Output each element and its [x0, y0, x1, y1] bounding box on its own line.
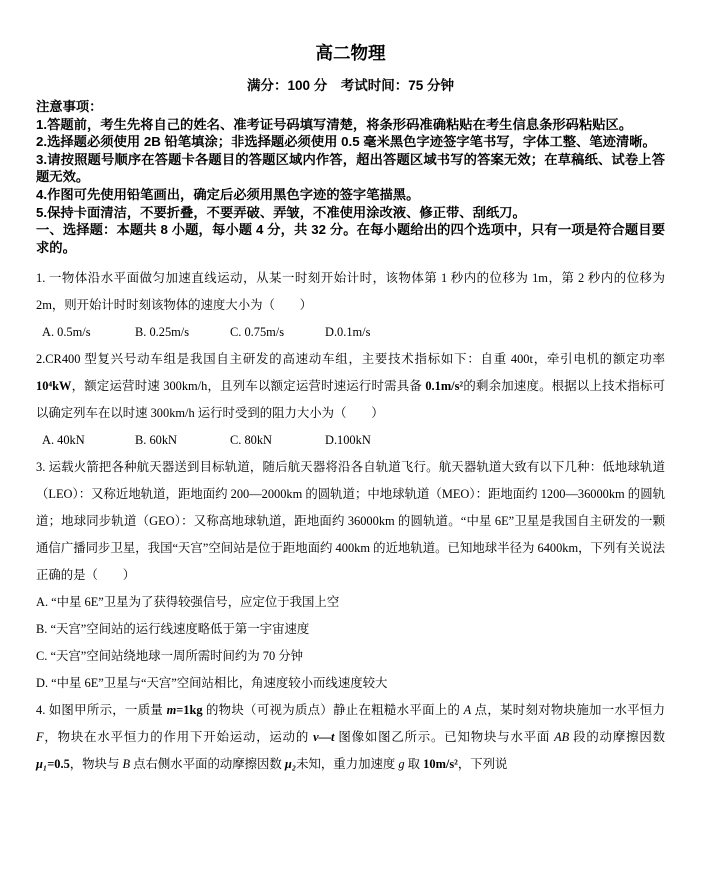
option: B. 0.25m/s: [135, 319, 230, 346]
page-title: 高二物理: [36, 42, 665, 64]
question-text: 2.CR400 型复兴号动车组是我国自主研发的高速动车组，主要技术指标如下：自重…: [36, 346, 665, 427]
question-text-segment: 0.1m/s²: [425, 379, 463, 393]
exam-meta: 满分：100 分 考试时间：75 分钟: [36, 77, 665, 94]
options: A. 0.5m/sB. 0.25m/sC. 0.75m/sD.0.1m/s: [42, 319, 665, 346]
question-text-segment: v—t: [313, 730, 334, 744]
question-text-segment: 段的动摩擦因数: [569, 730, 665, 744]
option: C. “天宫”空间站绕地球一周所需时间约为 70 分钟: [36, 643, 665, 670]
section-heading: 一、选择题：本题共 8 小题，每小题 4 分，共 32 分。在每小题给出的四个选…: [36, 221, 665, 256]
option: D. “中星 6E”卫星与“天宫”空间站相比，角速度较小而线速度较大: [36, 670, 665, 697]
notice-item-2: 2.选择题必须使用 2B 铅笔填涂；非选择题必须使用 0.5 毫米黑色字迹签字笔…: [36, 133, 665, 151]
question-text-segment: ，物块在水平恒力的作用下开始运动，运动的: [44, 730, 314, 744]
question-text-segment: m: [167, 703, 177, 717]
question-text-segment: ，物块与: [70, 757, 123, 771]
question-2: 2.CR400 型复兴号动车组是我国自主研发的高速动车组，主要技术指标如下：自重…: [36, 346, 665, 454]
question-text: 3. 运载火箭把各种航天器送到目标轨道，随后航天器将沿各自轨道飞行。航天器轨道大…: [36, 454, 665, 589]
question-text-segment: AB: [554, 730, 569, 744]
question-text-segment: =0.5: [47, 757, 70, 771]
question-text-segment: CR400 型复兴号动车组是我国自主研发的高速动车组，主要技术指标如下：自重 4…: [45, 352, 665, 366]
question-4: 4. 如图甲所示，一质量 m=1kg 的物块（可视为质点）静止在粗糙水平面上的 …: [36, 697, 665, 778]
question-text: 1. 一物体沿水平面做匀加速直线运动，从某一时刻开始计时，该物体第 1 秒内的位…: [36, 265, 665, 319]
question-text-segment: ，额定运营时速 300km/h，且列车以额定运营时速运行时需具备: [71, 379, 425, 393]
question-text-segment: 点，某时刻对物块施加一水平恒力: [471, 703, 665, 717]
question-text-segment: 10m/s²: [423, 757, 458, 771]
option: D.100kN: [325, 427, 665, 454]
question-text-segment: 10⁴kW: [36, 379, 71, 393]
option: A. 0.5m/s: [42, 319, 135, 346]
option: D.0.1m/s: [325, 319, 665, 346]
options: A. 40kNB. 60kNC. 80kND.100kN: [42, 427, 665, 454]
question-number: 2.: [36, 352, 45, 366]
question-1: 1. 一物体沿水平面做匀加速直线运动，从某一时刻开始计时，该物体第 1 秒内的位…: [36, 265, 665, 346]
question-number: 4.: [36, 703, 49, 717]
notes-section: 注意事项： 1.答题前，考生先将自己的姓名、准考证号码填写清楚，将条形码准确粘贴…: [36, 98, 665, 221]
question-text-segment: =1kg: [176, 703, 202, 717]
question-text-segment: F: [36, 730, 44, 744]
option: C. 0.75m/s: [230, 319, 325, 346]
notice-item-1: 1.答题前，考生先将自己的姓名、准考证号码填写清楚，将条形码准确粘贴在考生信息条…: [36, 116, 665, 134]
question-text-segment: ，下列说: [458, 757, 508, 771]
question-number: 1.: [36, 271, 49, 285]
option: B. “天宫”空间站的运行线速度略低于第一宇宙速度: [36, 616, 665, 643]
question-text-segment: 点右侧水平面的动摩擦因数: [130, 757, 285, 771]
questions: 1. 一物体沿水平面做匀加速直线运动，从某一时刻开始计时，该物体第 1 秒内的位…: [36, 265, 665, 778]
question-text-segment: μ₁: [36, 757, 47, 771]
notice-item-5: 5.保持卡面清洁，不要折叠，不要弄破、弄皱，不准使用涂改液、修正带、刮纸刀。: [36, 204, 665, 222]
question-text-segment: 未知，重力加速度: [296, 757, 398, 771]
question-text-segment: B: [122, 757, 130, 771]
option: B. 60kN: [135, 427, 230, 454]
option: C. 80kN: [230, 427, 325, 454]
notice-item-3: 3.请按照题号顺序在答题卡各题目的答题区域内作答，超出答题区域书写的答案无效；在…: [36, 151, 665, 186]
notes-heading: 注意事项：: [36, 98, 665, 116]
question-text-segment: 取: [405, 757, 424, 771]
question-text-segment: 的物块（可视为质点）静止在粗糙水平面上的: [203, 703, 464, 717]
notice-item-4: 4.作图可先使用铅笔画出，确定后必须用黑色字迹的签字笔描黑。: [36, 186, 665, 204]
question-text-segment: μ₂: [285, 757, 296, 771]
option: A. “中星 6E”卫星为了获得较强信号，应定位于我国上空: [36, 589, 665, 616]
option: A. 40kN: [42, 427, 135, 454]
question-text-segment: 图像如图乙所示。已知物块与水平面: [334, 730, 554, 744]
question-number: 3.: [36, 460, 49, 474]
question-text-segment: 一物体沿水平面做匀加速直线运动，从某一时刻开始计时，该物体第 1 秒内的位移为 …: [36, 271, 665, 312]
exam-paper-page: 高二物理 满分：100 分 考试时间：75 分钟 注意事项： 1.答题前，考生先…: [0, 0, 701, 877]
options: A. “中星 6E”卫星为了获得较强信号，应定位于我国上空B. “天宫”空间站的…: [36, 589, 665, 697]
question-3: 3. 运载火箭把各种航天器送到目标轨道，随后航天器将沿各自轨道飞行。航天器轨道大…: [36, 454, 665, 697]
question-text-segment: 如图甲所示，一质量: [49, 703, 167, 717]
question-text: 4. 如图甲所示，一质量 m=1kg 的物块（可视为质点）静止在粗糙水平面上的 …: [36, 697, 665, 778]
question-text-segment: 运载火箭把各种航天器送到目标轨道，随后航天器将沿各自轨道飞行。航天器轨道大致有以…: [36, 460, 665, 582]
